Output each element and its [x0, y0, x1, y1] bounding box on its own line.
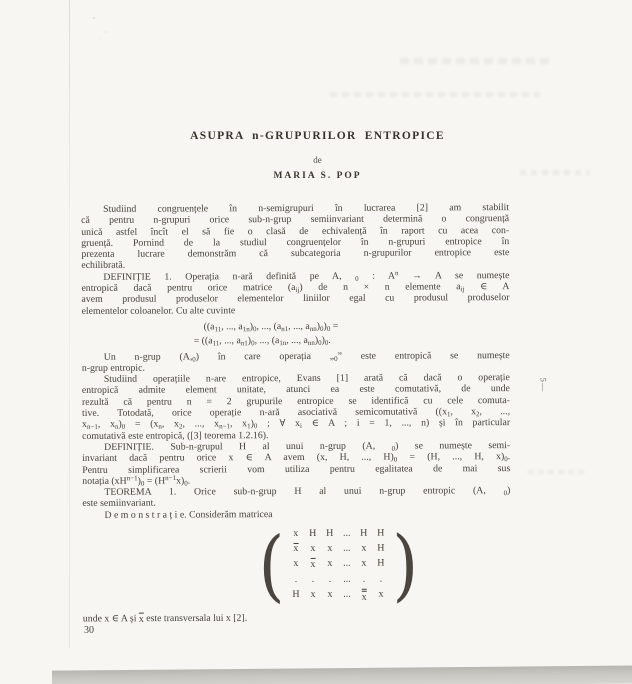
article-header: ASUPRA n-GRUPURILOR ENTROPICE de MARIA S… — [90, 130, 545, 181]
byline: de — [90, 155, 545, 165]
equation-line: ((a11, ..., a1n)0, ..., (an1, ..., ann)0… — [204, 320, 510, 333]
author-name: MARIA S. POP — [90, 171, 545, 181]
matrix-cell: . — [312, 574, 315, 587]
matrix-cell: x — [327, 558, 332, 571]
scanner-edge-band — [52, 665, 632, 684]
matrix-cell: x — [328, 589, 333, 604]
matrix-cell: . — [329, 574, 332, 587]
matrix-cell: H — [377, 542, 384, 555]
matrix-cell: H — [377, 558, 384, 571]
matrix-cell: . — [380, 574, 383, 587]
matrix-cell: x — [293, 558, 298, 571]
text-line: Pentru simplificarea scrierii vom utiliz… — [82, 463, 510, 476]
text-line: elementelor coloanelor. Cu alte cuvinte — [82, 304, 510, 317]
page-crease-line — [69, 0, 70, 648]
matrix-cell: . — [295, 574, 298, 587]
matrix-display: (xHH...HHxxx...xHxxx...xH........Hxx...x… — [258, 526, 418, 605]
matrix-cell: H — [377, 527, 384, 540]
matrix-cell: . — [363, 574, 366, 587]
signature-mark: 5— — [538, 378, 548, 393]
matrix-cell: H — [292, 589, 299, 604]
matrix-cell: x — [327, 543, 332, 556]
matrix-cell: x — [293, 528, 298, 541]
display-equation: ((a11, ..., a1n)0, ..., (an1, ..., ann)0… — [82, 320, 510, 347]
matrix-cell: x — [379, 589, 384, 604]
ink-bleed-artifact — [400, 58, 550, 64]
matrix-cell: ... — [343, 558, 351, 571]
matrix-cell: ... — [343, 543, 351, 556]
text-line: unde x ∈ A și x este transversala lui x … — [83, 611, 511, 625]
matrix-cell: x — [361, 558, 366, 571]
equation-line: = ((a11, ..., an1)0, ..., (a1n, ..., ann… — [194, 334, 510, 347]
article-body: Studiind congruențele în n-semigrupuri î… — [81, 202, 511, 625]
matrix-cell: H — [309, 528, 316, 541]
matrix-cell: x — [293, 543, 298, 556]
matrix-cell: x — [361, 543, 366, 556]
matrix-cell: x — [311, 589, 316, 604]
matrix-cell: H — [360, 527, 367, 540]
matrix-cell: x — [310, 558, 315, 571]
text-line: Un n-grup (A,0) în care operația „0” est… — [82, 350, 510, 363]
text-line: D e m o n s t r a ț i e. Considerăm matr… — [82, 508, 510, 521]
article-title: ASUPRA n-GRUPURILOR ENTROPICE — [90, 130, 545, 142]
text-line: avem produsul produselor elementelor lin… — [81, 292, 509, 305]
matrix-cell: x — [362, 589, 367, 604]
page-number: 30 — [84, 625, 94, 636]
matrix-cell: ... — [343, 574, 351, 587]
left-parenthesis: ( — [258, 520, 284, 612]
matrix-entries: xHH...HHxxx...xHxxx...xH........Hxx...xx — [287, 527, 389, 604]
text-line: xn−1, xn)0 = (xn, x2, ..., xn−1, x1)0 ; … — [82, 417, 510, 430]
ink-bleed-artifact — [330, 92, 540, 97]
scanned-paper-page: ASUPRA n-GRUPURILOR ENTROPICE de MARIA S… — [0, 0, 632, 684]
matrix-cell: H — [326, 528, 333, 541]
right-parenthesis: ) — [392, 519, 418, 611]
ink-bleed-artifact — [528, 470, 588, 474]
matrix-cell: x — [310, 543, 315, 556]
matrix-cell: ... — [343, 589, 351, 604]
matrix-cell: ... — [343, 528, 351, 541]
scan-speckle — [88, 12, 114, 42]
